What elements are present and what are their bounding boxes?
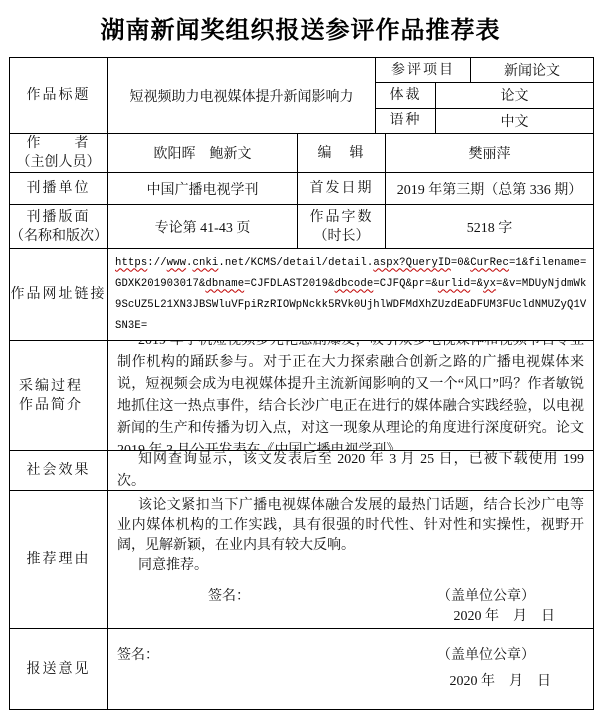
submission-label: 报送意见 <box>10 629 108 709</box>
editor-value: 樊丽萍 <box>386 134 593 172</box>
submission-sign-row: 签名： （盖单位公章） <box>108 646 593 666</box>
recommendation-date: 2020 年 月 日 <box>108 607 593 627</box>
social-effect-text: 知网查询显示，该文发表后至 2020 年 3 月 25 日，已被下载使用 199… <box>108 451 593 490</box>
work-url-line: https://www.cnki.net/KCMS/detail/detail.… <box>115 253 586 274</box>
author-value: 欧阳晖 鲍新文 <box>108 134 298 172</box>
submission-seal-label: （盖单位公章） <box>437 646 535 666</box>
row-recommendation: 推荐理由 该论文紧扣当下广播电视媒体融合发展的最热门话题，结合长沙广电等业内媒体… <box>10 491 593 629</box>
genre-row: 体裁 论文 <box>376 83 593 108</box>
row-publish-unit: 刊播单位 中国广播电视学刊 首发日期 2019 年第三期（总第 336 期） <box>10 173 593 205</box>
publish-page-label: 刊播版面 （名称和版次） <box>10 205 108 248</box>
recommendation-content: 该论文紧扣当下广播电视媒体融合发展的最热门话题，结合长沙广电等业内媒体机构的工作… <box>108 491 593 628</box>
work-url-line: 9ScUZ5L21XN3JBSWluVFpiRzRIOWpNckk5RVk0Uj… <box>115 295 586 316</box>
row-work-title: 作品标题 短视频助力电视媒体提升新闻影响力 参评项目 新闻论文 体裁 论文 <box>10 58 593 134</box>
row-publish-page: 刊播版面 （名称和版次） 专论第 41-43 页 作品字数 （时长） 5218 … <box>10 205 593 249</box>
publish-unit-value: 中国广播电视学刊 <box>108 173 298 204</box>
row-process-intro: 采编过程 作品简介 2019 年手机短视频多元化急剧爆发，吸引众多电视媒体和视频… <box>10 341 593 451</box>
word-count-label: 作品字数 （时长） <box>298 205 386 248</box>
entry-item-label: 参评项目 <box>376 58 471 82</box>
row-author: 作 者 （主创人员） 欧阳晖 鲍新文 编 辑 樊丽萍 <box>10 134 593 173</box>
language-row: 语种 中文 <box>376 109 593 133</box>
language-value: 中文 <box>436 109 593 133</box>
first-publish-label: 首发日期 <box>298 173 386 204</box>
publish-unit-label: 刊播单位 <box>10 173 108 204</box>
recommendation-sign-label: 签名： <box>208 587 250 607</box>
document-page: 湖南新闻奖组织报送参评作品推荐表 作品标题 短视频助力电视媒体提升新闻影响力 参… <box>0 0 601 720</box>
recommendation-label: 推荐理由 <box>10 491 108 628</box>
process-intro-text: 2019 年手机短视频多元化急剧爆发，吸引众多电视媒体和视频节目专业制作机构的踊… <box>108 341 593 450</box>
author-label: 作 者 （主创人员） <box>10 134 108 172</box>
submission-sign-label: 签名： <box>117 646 159 666</box>
word-count-value: 5218 字 <box>386 205 593 248</box>
work-title-label: 作品标题 <box>10 58 108 133</box>
work-url-label: 作品网址链接 <box>10 249 108 340</box>
submission-content: 签名： （盖单位公章） 2020 年 月 日 <box>108 629 593 709</box>
row-social-effect: 社会效果 知网查询显示，该文发表后至 2020 年 3 月 25 日，已被下载使… <box>10 451 593 491</box>
recommendation-agree-text: 同意推荐。 <box>108 556 593 579</box>
row-work-url: 作品网址链接 https://www.cnki.net/KCMS/detail/… <box>10 249 593 341</box>
page-title: 湖南新闻奖组织报送参评作品推荐表 <box>0 10 601 45</box>
genre-value: 论文 <box>436 83 593 107</box>
publish-page-value: 专论第 41-43 页 <box>108 205 298 248</box>
recommendation-sign-row: 签名： （盖单位公章） <box>108 579 593 607</box>
work-url-lines: https://www.cnki.net/KCMS/detail/detail.… <box>108 249 593 340</box>
submission-date: 2020 年 月 日 <box>108 666 593 692</box>
language-label: 语种 <box>376 109 436 133</box>
editor-label: 编 辑 <box>298 134 386 172</box>
work-url-line: GDXK201903017&dbname=CJFDLAST2019&dbcode… <box>115 274 586 295</box>
recommendation-seal-label: （盖单位公章） <box>437 587 535 607</box>
recommendation-text: 该论文紧扣当下广播电视媒体融合发展的最热门话题，结合长沙广电等业内媒体机构的工作… <box>108 493 593 556</box>
entry-item-value: 新闻论文 <box>471 58 593 82</box>
form-table: 作品标题 短视频助力电视媒体提升新闻影响力 参评项目 新闻论文 体裁 论文 <box>9 57 594 710</box>
entry-meta-block: 参评项目 新闻论文 体裁 论文 语种 中文 <box>376 58 593 133</box>
work-title-value: 短视频助力电视媒体提升新闻影响力 <box>108 58 376 133</box>
work-url-line: SN3E= <box>115 316 147 337</box>
process-intro-label: 采编过程 作品简介 <box>10 341 108 450</box>
row-submission: 报送意见 签名： （盖单位公章） 2020 年 月 日 <box>10 629 593 709</box>
genre-label: 体裁 <box>376 83 436 107</box>
first-publish-value: 2019 年第三期（总第 336 期） <box>386 173 593 204</box>
entry-item-row: 参评项目 新闻论文 <box>376 58 593 83</box>
social-effect-label: 社会效果 <box>10 451 108 490</box>
